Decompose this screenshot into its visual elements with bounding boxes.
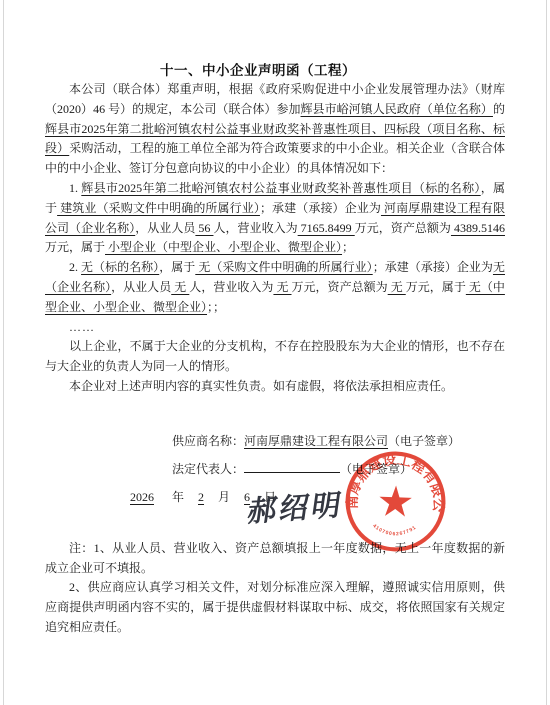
item-2-paragraph: 2. 无（标的名称），属于 无（采购文件中明确的所属行业）；承建（承接）企业为无… — [45, 258, 505, 317]
note-2: 2、供应商应认真学习相关文件，对划分标准应深入理解，遵照诚实信用原则，供应商提供… — [45, 578, 505, 637]
svg-text:4107006267791: 4107006267791 — [371, 523, 418, 538]
document-page: 十一、中小企业声明函（工程） 本公司（联合体）郑重声明，根据《政府采购促进中小企… — [0, 0, 550, 705]
date-month-value: 2 — [187, 490, 215, 504]
seal-serial-number: 4107006267791 — [371, 523, 418, 538]
date-month-label: 月 — [215, 490, 233, 504]
company-seal-svg: 河南厚鼎建设工程有限公司 4107006267791 — [342, 448, 449, 555]
closing-paragraph-2: 本企业对上述声明内容的真实性负责。如有虚假，将依法承担相应责任。 — [45, 377, 505, 397]
star-icon — [379, 485, 412, 517]
date-year-label: 年 — [169, 490, 187, 504]
supplier-name-value: 河南厚鼎建设工程有限公司 — [244, 434, 388, 448]
intro-paragraph: 本公司（联合体）郑重声明，根据《政府采购促进中小企业发展管理办法》（财库（202… — [45, 80, 505, 179]
company-seal-stamp: 河南厚鼎建设工程有限公司 4107006267791 — [342, 448, 449, 555]
ellipsis-line: …… — [45, 318, 505, 338]
closing-paragraph-1: 以上企业，不属于大企业的分支机构，不存在控股股东为大企业的情形，也不存在与大企业… — [45, 337, 505, 377]
legal-representative-signature: 郝绍明 — [245, 482, 347, 530]
supplier-name-row: 供应商名称：河南厚鼎建设工程有限公司（电子签章） — [172, 431, 505, 451]
supplier-esign-note: （电子签章） — [388, 434, 460, 448]
page-right-edge — [546, 0, 547, 705]
legal-representative-row: 法定代表人：（电子签章） — [172, 459, 505, 479]
document-title: 十一、中小企业声明函（工程） — [28, 62, 488, 80]
item-1-paragraph: 1. 辉县市2025年第二批峪河镇农村公益事业财政奖补普惠性项目（标的名称），属… — [45, 179, 505, 258]
supplier-name-label: 供应商名称： — [172, 434, 244, 448]
legal-representative-label: 法定代表人： — [172, 462, 244, 476]
date-year-value: 2026 — [115, 490, 169, 504]
legal-representative-signature-line — [244, 471, 340, 473]
page-left-edge — [3, 0, 4, 705]
